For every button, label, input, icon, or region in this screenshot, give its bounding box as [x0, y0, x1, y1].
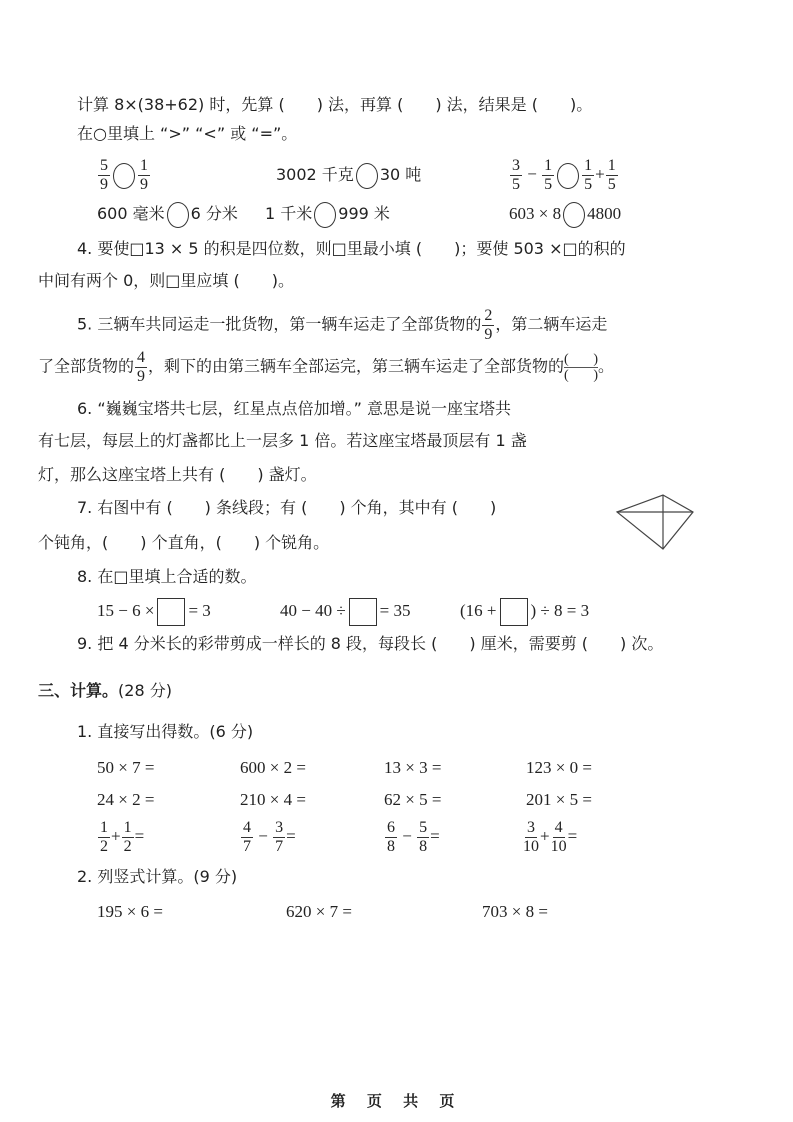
- denominator: 8: [387, 838, 395, 855]
- calc-fraction-item: 12+12=: [97, 820, 144, 855]
- calc-item: 600 × 2 =: [240, 757, 306, 779]
- denominator: 8: [419, 838, 427, 855]
- denominator: 5: [512, 176, 520, 193]
- denominator: 10: [551, 838, 567, 855]
- calc-item: 24 × 2 =: [97, 789, 154, 811]
- equals: =: [286, 826, 296, 845]
- question-6-line-2: 有七层，每层上的灯盏都比上一层多 1 倍。若这座宝塔最顶层有 1 盏: [38, 430, 527, 452]
- fraction: 49: [135, 350, 147, 385]
- fraction: 37: [273, 820, 285, 855]
- calc-fraction-item: 68 − 58=: [384, 820, 440, 855]
- numerator: 1: [606, 158, 618, 176]
- fraction: 35: [510, 158, 522, 193]
- operator: −: [258, 826, 268, 845]
- right-value: 30 吨: [380, 165, 421, 184]
- q8-equation-3: (16 +) ÷ 8 = 3: [460, 598, 589, 626]
- numerator: 6: [385, 820, 397, 838]
- operator: +: [540, 826, 550, 845]
- vertical-calc-item: 620 × 7 =: [286, 901, 352, 923]
- denominator: 2: [124, 838, 132, 855]
- left-value: 1 千米: [265, 204, 312, 223]
- calc-item: 62 × 5 =: [384, 789, 441, 811]
- denominator: 9: [100, 176, 108, 193]
- calc-fraction-item: 47 − 37=: [240, 820, 296, 855]
- q3-compare-length-2: 1 千米999 米: [265, 202, 390, 228]
- operator: −: [402, 826, 412, 845]
- equals: =: [568, 826, 578, 845]
- question-9: 9. 把 4 分米长的彩带剪成一样长的 8 段，每段长 ( ) 厘米，需要剪 (…: [77, 633, 663, 655]
- equals: =: [430, 826, 440, 845]
- fraction: 410: [551, 820, 567, 855]
- numerator: 3: [510, 158, 522, 176]
- expression: ) ÷ 8 = 3: [531, 601, 590, 620]
- answer-fraction-blank[interactable]: ()(): [564, 352, 598, 383]
- answer-box[interactable]: [157, 598, 185, 626]
- s3-question-2-title: 2. 列竖式计算。(9 分): [77, 866, 237, 888]
- denominator: 5: [544, 176, 552, 193]
- fraction: 15: [606, 158, 618, 193]
- q3-compare-mass: 3002 千克30 吨: [276, 163, 421, 189]
- text: ，第二辆车运走: [495, 314, 607, 333]
- denominator: 9: [140, 176, 148, 193]
- section-score: (28 分): [118, 681, 172, 700]
- denominator: 7: [275, 838, 283, 855]
- numerator: 2: [482, 308, 494, 326]
- numerator: 3: [273, 820, 285, 838]
- denominator: 7: [243, 838, 251, 855]
- section-title: 三、计算。: [38, 681, 118, 700]
- calc-fraction-item: 310+410=: [522, 820, 577, 855]
- expression: 40 − 40 ÷: [280, 601, 346, 620]
- section-3-heading: 三、计算。(28 分): [38, 680, 172, 702]
- expression: = 35: [380, 601, 411, 620]
- numerator: 1: [138, 158, 150, 176]
- fraction: 68: [385, 820, 397, 855]
- operator: −: [527, 164, 537, 183]
- question-5-line-2: 了全部货物的49，剩下的由第三辆车全部运完，第三辆车运走了全部货物的()()。: [38, 350, 614, 385]
- question-6-line-3: 灯，那么这座宝塔上共有 ( ) 盏灯。: [38, 464, 317, 486]
- left-value: 603 × 8: [509, 204, 561, 223]
- denominator: 2: [100, 838, 108, 855]
- question-7-line-1: 7. 右图中有 ( ) 条线段；有 ( ) 个角，其中有 ( ): [77, 497, 496, 519]
- expression: 15 − 6 ×: [97, 601, 154, 620]
- left-value: 600 毫米: [97, 204, 165, 223]
- compare-circle[interactable]: [167, 202, 189, 228]
- numerator: 1: [98, 820, 110, 838]
- calc-item: 50 × 7 =: [97, 757, 154, 779]
- q8-equation-2: 40 − 40 ÷= 35: [280, 598, 411, 626]
- expression: = 3: [188, 601, 210, 620]
- numerator: 5: [417, 820, 429, 838]
- text: 了全部货物的: [38, 356, 134, 375]
- numerator: 1: [122, 820, 134, 838]
- calc-item: 210 × 4 =: [240, 789, 306, 811]
- numerator: 1: [582, 158, 594, 176]
- text: 。: [598, 356, 614, 375]
- denominator: 10: [523, 838, 539, 855]
- fraction: 19: [138, 158, 150, 193]
- fraction: 59: [98, 158, 110, 193]
- page-footer: 第 页 共 页: [0, 1090, 793, 1111]
- left-value: 3002 千克: [276, 165, 354, 184]
- numerator: 4: [135, 350, 147, 368]
- question-5-line-1: 5. 三辆车共同运走一批货物，第一辆车运走了全部货物的29，第二辆车运走: [77, 308, 607, 343]
- numerator: 4: [241, 820, 253, 838]
- fraction: 15: [542, 158, 554, 193]
- denominator: 5: [584, 176, 592, 193]
- compare-circle[interactable]: [557, 163, 579, 189]
- answer-box[interactable]: [349, 598, 377, 626]
- question-8-title: 8. 在□里填上合适的数。: [77, 566, 256, 588]
- numerator: 5: [98, 158, 110, 176]
- q3-compare-length-1: 600 毫米6 分米: [97, 202, 238, 228]
- q8-equation-1: 15 − 6 ×= 3: [97, 598, 211, 626]
- question-7-line-2: 个钝角，( ) 个直角，( ) 个锐角。: [38, 532, 329, 554]
- question-4-line-2: 中间有两个 0，则□里应填 ( )。: [38, 270, 294, 292]
- right-value: 6 分米: [191, 204, 238, 223]
- compare-circle[interactable]: [563, 202, 585, 228]
- paren: (: [564, 368, 569, 383]
- compare-circle[interactable]: [113, 163, 135, 189]
- equals: =: [135, 826, 145, 845]
- fraction: 47: [241, 820, 253, 855]
- question-2: 计算 8×(38+62) 时，先算 ( ) 法，再算 ( ) 法，结果是 ( )…: [77, 94, 592, 116]
- kite-figure: [610, 488, 700, 556]
- paren: (: [564, 352, 569, 367]
- numerator: 3: [525, 820, 537, 838]
- operator: +: [595, 164, 605, 183]
- operator: +: [111, 826, 121, 845]
- calc-item: 201 × 5 =: [526, 789, 592, 811]
- right-value: 4800: [587, 204, 621, 223]
- compare-circle[interactable]: [356, 163, 378, 189]
- fraction: 29: [482, 308, 494, 343]
- vertical-calc-item: 703 × 8 =: [482, 901, 548, 923]
- question-3-instruction: 在○里填上 “>” “<” 或 “=”。: [77, 123, 297, 145]
- text: ，剩下的由第三辆车全部运完，第三辆车运走了全部货物的: [148, 356, 564, 375]
- numerator: 4: [553, 820, 565, 838]
- fraction: 310: [523, 820, 539, 855]
- q3-compare-fraction-1: 5919: [97, 158, 151, 193]
- numerator: 1: [542, 158, 554, 176]
- calc-item: 13 × 3 =: [384, 757, 441, 779]
- denominator: 9: [484, 326, 492, 343]
- q3-compare-fraction-sum: 35 − 1515+15: [509, 158, 619, 193]
- fraction: 15: [582, 158, 594, 193]
- fraction: 12: [122, 820, 134, 855]
- question-6-line-1: 6. “巍巍宝塔共七层，红星点点倍加增。” 意思是说一座宝塔共: [77, 398, 511, 420]
- text: 5. 三辆车共同运走一批货物，第一辆车运走了全部货物的: [77, 314, 481, 333]
- fraction: 58: [417, 820, 429, 855]
- vertical-calc-item: 195 × 6 =: [97, 901, 163, 923]
- q3-compare-product: 603 × 84800: [509, 202, 621, 228]
- fraction: 12: [98, 820, 110, 855]
- right-value: 999 米: [338, 204, 390, 223]
- compare-circle[interactable]: [314, 202, 336, 228]
- calc-item: 123 × 0 =: [526, 757, 592, 779]
- question-4-line-1: 4. 要使□13 × 5 的积是四位数，则□里最小填 ( )；要使 503 ×□…: [77, 238, 626, 260]
- s3-question-1-title: 1. 直接写出得数。(6 分): [77, 721, 253, 743]
- expression: (16 +: [460, 601, 497, 620]
- answer-box[interactable]: [500, 598, 528, 626]
- denominator: 9: [137, 368, 145, 385]
- denominator: 5: [608, 176, 616, 193]
